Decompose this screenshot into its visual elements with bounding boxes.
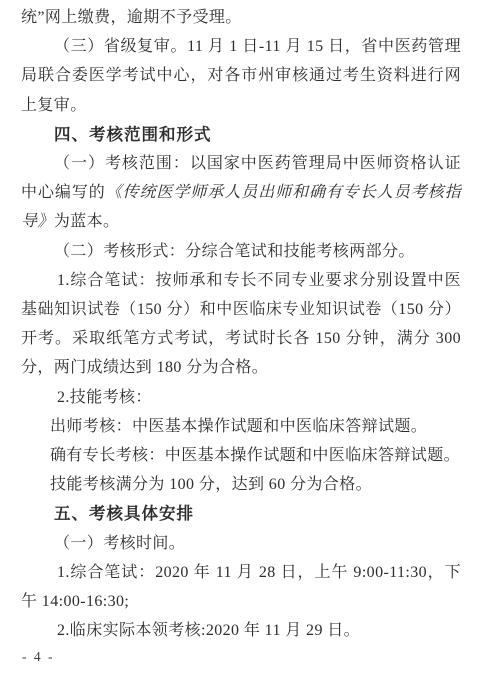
document-body: 统”网上缴费，逾期不予受理。 （三）省级复审。11 月 1 日-11 月 15 … bbox=[21, 3, 461, 645]
paragraph-written-exam: 1.综合笔试：按师承和专长不同专业要求分别设置中医基础知识试卷（150 分）和中… bbox=[21, 266, 461, 383]
paragraph-exam-time-heading: （一）考核时间。 bbox=[21, 529, 461, 558]
section-4-heading: 四、考核范围和形式 bbox=[21, 120, 461, 149]
paragraph-skill-exam: 2.技能考核： bbox=[21, 383, 461, 412]
page-number: - 4 - bbox=[22, 649, 55, 665]
paragraph-exam-scope: （一）考核范围：以国家中医药管理局中医师资格认证中心编写的《传统医学师承人员出师… bbox=[21, 149, 461, 237]
document-page: 统”网上缴费，逾期不予受理。 （三）省级复审。11 月 1 日-11 月 15 … bbox=[0, 0, 483, 682]
paragraph-queyou-exam: 确有专长考核：中医基本操作试题和中医临床答辩试题。 bbox=[21, 441, 461, 470]
section-5-heading: 五、考核具体安排 bbox=[21, 499, 461, 528]
exam-scope-text-post: 为蓝本。 bbox=[54, 213, 120, 230]
paragraph-chushi-exam: 出师考核：中医基本操作试题和中医临床答辩试题。 bbox=[21, 412, 461, 441]
paragraph-skill-pass-score: 技能考核满分为 100 分，达到 60 分为合格。 bbox=[21, 470, 461, 499]
paragraph-written-exam-time: 1.综合笔试：2020 年 11 月 28 日，上午 9:00-11:30，下午… bbox=[21, 558, 461, 616]
paragraph-clinical-exam-time: 2.临床实际本领考核:2020 年 11 月 29 日。 bbox=[21, 616, 461, 645]
paragraph-provincial-review: （三）省级复审。11 月 1 日-11 月 15 日，省中医药管理局联合委医学考… bbox=[21, 32, 461, 120]
paragraph-payment-deadline: 统”网上缴费，逾期不予受理。 bbox=[21, 3, 461, 32]
paragraph-exam-form: （二）考核形式：分综合笔试和技能考核两部分。 bbox=[21, 237, 461, 266]
